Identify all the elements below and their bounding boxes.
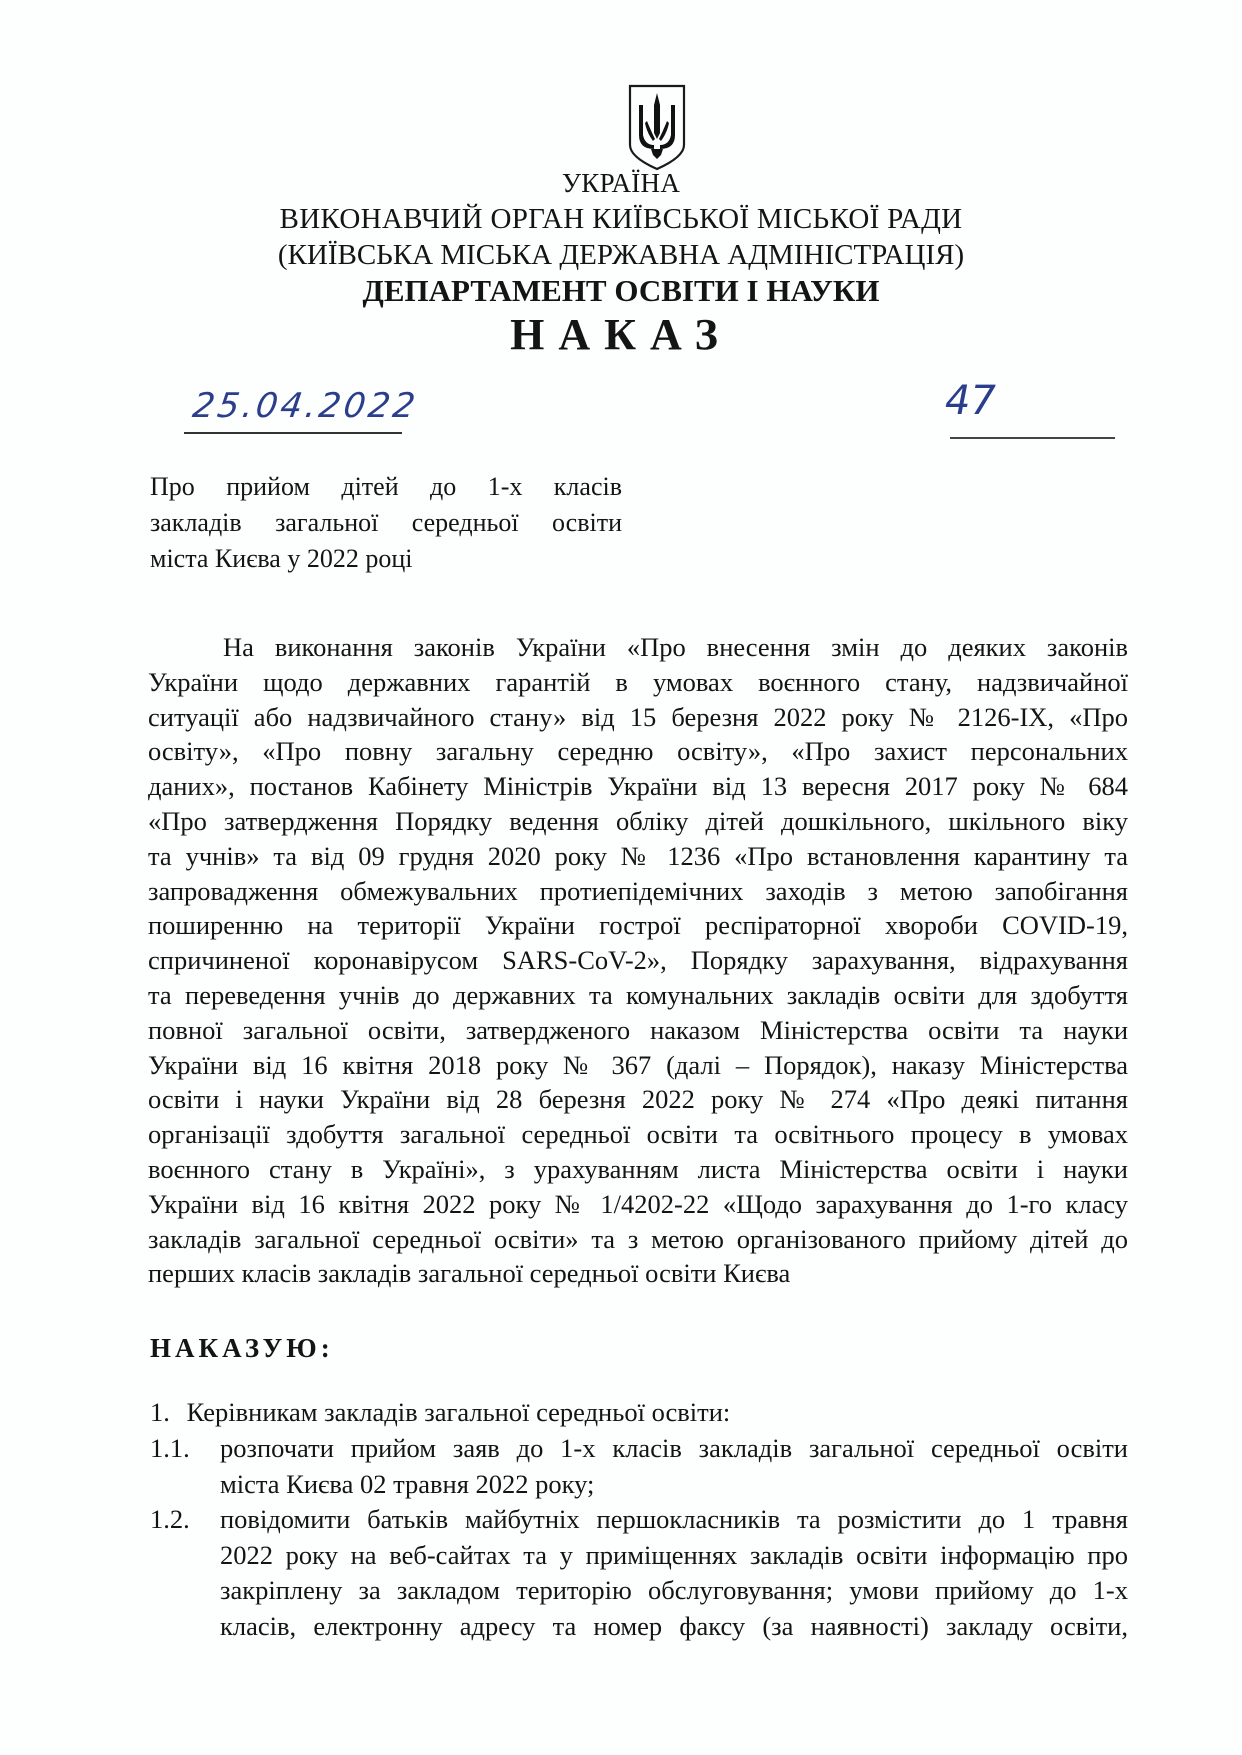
subitem-line: 2022 року на веб-сайтах та у приміщеннях… — [220, 1538, 1128, 1574]
preamble-line: даних», постанов Кабінету Міністрів Укра… — [148, 769, 1128, 804]
preamble-line: закладів загальної середньої освіти» та … — [148, 1222, 1128, 1257]
preamble-line: повної загальної освіти, затвердженого н… — [148, 1013, 1128, 1048]
preamble-line: ситуації або надзвичайного стану» від 15… — [148, 700, 1128, 735]
subitem-line: міста Києва 02 травня 2022 року; — [220, 1467, 1128, 1503]
order-heading: НАКАЗУЮ: — [150, 1333, 334, 1364]
preamble-line: України від 16 квітня 2018 року № 367 (д… — [148, 1048, 1128, 1083]
preamble-line: України щодо державних гарантій в умовах… — [148, 665, 1128, 700]
header-administration: (КИЇВСЬКА МІСЬКА ДЕРЖАВНА АДМІНІСТРАЦІЯ) — [0, 239, 1242, 272]
subitem-line: повідомити батьків майбутніх першокласни… — [220, 1502, 1128, 1538]
order-subitem: 1.1. розпочати прийом заяв до 1-х класів… — [150, 1431, 1128, 1502]
preamble-line: поширенню на території України гострої р… — [148, 908, 1128, 943]
preamble-line: та переведення учнів до державних та ком… — [148, 978, 1128, 1013]
preamble-line: спричиненої коронавірусом SARS-CoV-2», П… — [148, 943, 1128, 978]
date-underline — [184, 432, 402, 434]
subitem-number: 1.2. — [150, 1502, 216, 1538]
preamble-line: запровадження обмежувальних протиепідемі… — [148, 874, 1128, 909]
document-type-title: НАКАЗ — [0, 309, 1242, 360]
document-subject: Про прийом дітей до 1-х класів закладів … — [150, 469, 622, 577]
handwritten-date: 25.04.2022 — [190, 386, 420, 426]
item-text: Керівникам закладів загальної середньої … — [187, 1397, 731, 1427]
item-number: 1. — [150, 1395, 180, 1430]
header-department: ДЕПАРТАМЕНТ ОСВІТИ І НАУКИ — [0, 273, 1242, 309]
subitem-line: розпочати прийом заяв до 1-х класів закл… — [220, 1431, 1128, 1467]
subitem-line: класів, електронну адресу та номер факсу… — [220, 1609, 1128, 1645]
preamble-line: освіти і науки України від 28 березня 20… — [148, 1082, 1128, 1117]
subject-line: Про прийом дітей до 1-х класів — [150, 469, 622, 505]
subject-line: закладів загальної середньої освіти — [150, 505, 622, 541]
preamble-line: На виконання законів України «Про внесен… — [148, 630, 1128, 665]
preamble-line: України від 16 квітня 2022 року № 1/4202… — [148, 1187, 1128, 1222]
subject-line: міста Києва у 2022 році — [150, 541, 622, 577]
preamble-line: та учнів» та від 09 грудня 2020 року № 1… — [148, 839, 1128, 874]
order-subitem: 1.2. повідомити батьків майбутніх першок… — [150, 1502, 1128, 1644]
header-country: УКРАЇНА — [0, 168, 1242, 199]
order-item: 1. Керівникам закладів загальної середнь… — [150, 1395, 1128, 1430]
handwritten-order-number: 47 — [945, 378, 996, 424]
trident-coat-of-arms-icon — [627, 83, 687, 171]
header-organization: ВИКОНАВЧИЙ ОРГАН КИЇВСЬКОЇ МІСЬКОЇ РАДИ — [0, 203, 1242, 236]
preamble-line: освіту», «Про повну загальну середню осв… — [148, 734, 1128, 769]
subitem-number: 1.1. — [150, 1431, 216, 1467]
number-underline — [950, 437, 1115, 439]
document-page: УКРАЇНА ВИКОНАВЧИЙ ОРГАН КИЇВСЬКОЇ МІСЬК… — [0, 0, 1242, 1755]
preamble-line: організації здобуття загальної середньої… — [148, 1117, 1128, 1152]
preamble-line: «Про затвердження Порядку ведення обліку… — [148, 804, 1128, 839]
preamble-line: перших класів закладів загальної середнь… — [148, 1256, 1128, 1291]
preamble-paragraph: На виконання законів України «Про внесен… — [148, 630, 1128, 1291]
subitem-line: закріплену за закладом територію обслуго… — [220, 1573, 1128, 1609]
preamble-line: воєнного стану в Україні», з урахуванням… — [148, 1152, 1128, 1187]
